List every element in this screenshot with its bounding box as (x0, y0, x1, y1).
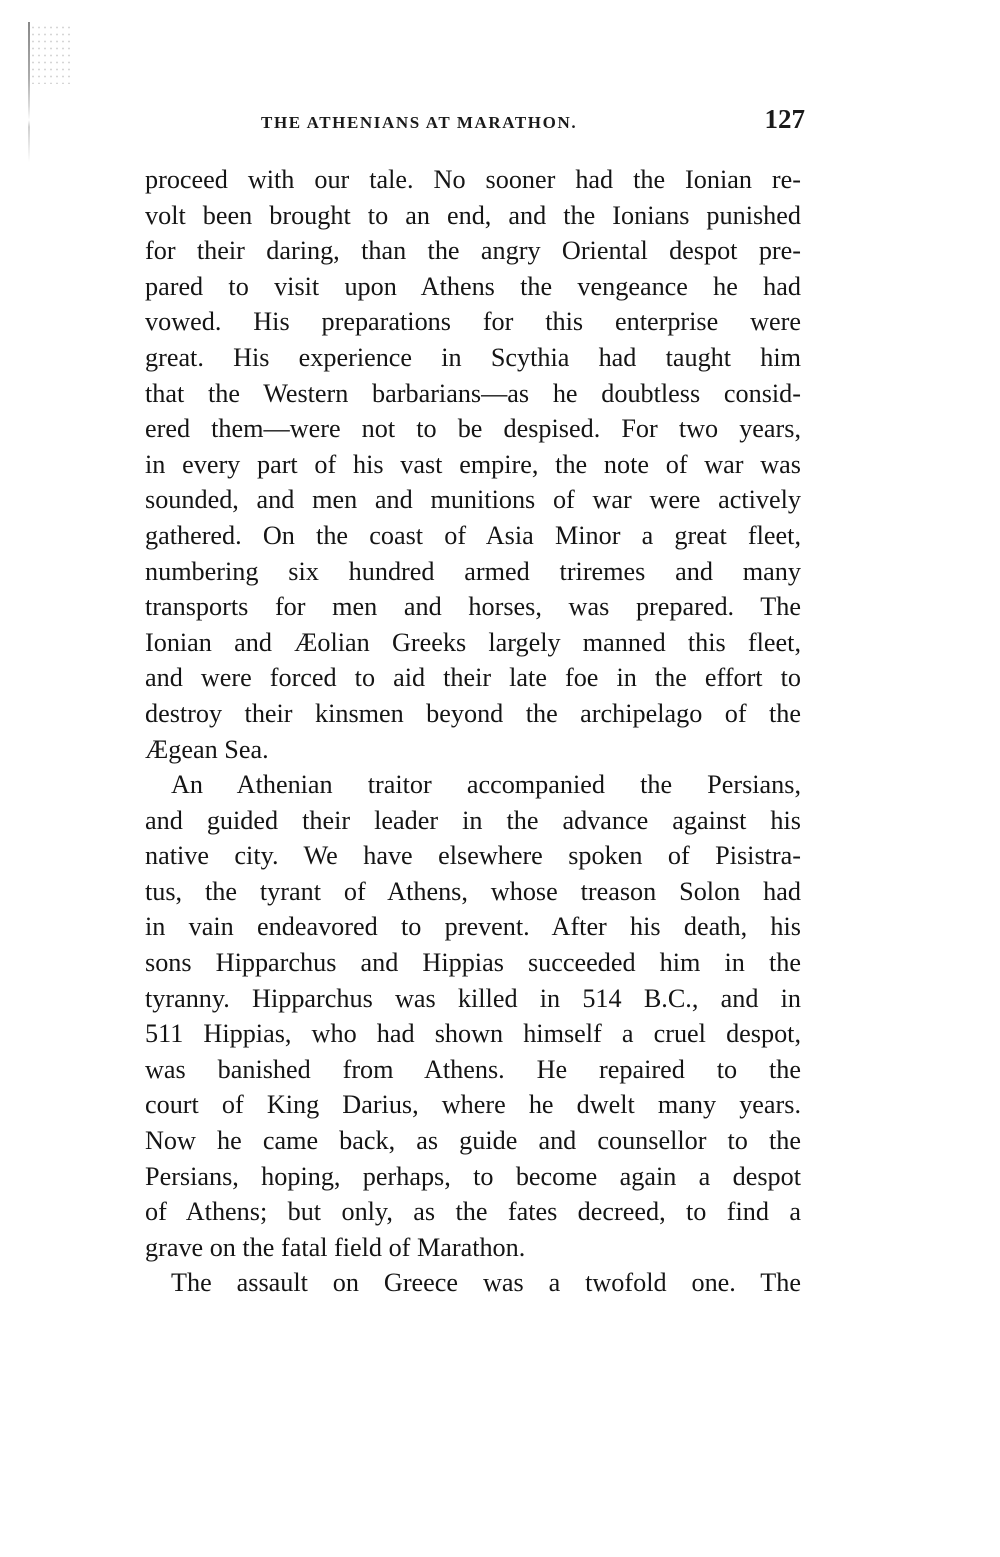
text-line: gathered. On the coast of Asia Minor a g… (145, 518, 801, 554)
text-line: proceed with our tale. No sooner had the… (145, 162, 801, 198)
text-line: transports for men and horses, was prepa… (145, 589, 801, 625)
text-line: great. His experience in Scythia had tau… (145, 340, 801, 376)
text-line: and were forced to aid their late foe in… (145, 660, 801, 696)
paragraph-start-line: An Athenian traitor accompanied the Pers… (145, 767, 801, 803)
text-line: was banished from Athens. He repaired to… (145, 1052, 801, 1088)
text-line: vowed. His preparations for this enterpr… (145, 304, 801, 340)
text-line: pared to visit upon Athens the vengeance… (145, 269, 801, 305)
running-head: THE ATHENIANS AT MARATHON. (261, 113, 577, 133)
text-line: in vain endeavored to prevent. After his… (145, 909, 801, 945)
text-line: Persians, hoping, perhaps, to become aga… (145, 1159, 801, 1195)
page-header: THE ATHENIANS AT MARATHON. 127 (145, 104, 805, 140)
text-line: native city. We have elsewhere spoken of… (145, 838, 801, 874)
text-line: and guided their leader in the advance a… (145, 803, 801, 839)
text-line: Ionian and Æolian Greeks largely manned … (145, 625, 801, 661)
scan-artifact-speckle (30, 24, 70, 84)
text-line: for their daring, than the angry Orienta… (145, 233, 801, 269)
text-line: tyranny. Hipparchus was killed in 514 B.… (145, 981, 801, 1017)
body-text: proceed with our tale. No sooner had the… (145, 162, 801, 1301)
text-line: destroy their kinsmen beyond the archipe… (145, 696, 801, 732)
text-line: volt been brought to an end, and the Ion… (145, 198, 801, 234)
text-line: Now he came back, as guide and counsello… (145, 1123, 801, 1159)
paragraph-start-line: The assault on Greece was a twofold one.… (145, 1265, 801, 1301)
text-line: tus, the tyrant of Athens, whose treason… (145, 874, 801, 910)
text-line: 511 Hippias, who had shown himself a cru… (145, 1016, 801, 1052)
text-line: sons Hipparchus and Hippias succeeded hi… (145, 945, 801, 981)
paragraph-end-line: Ægean Sea. (145, 732, 801, 768)
paragraph-end-line: grave on the fatal field of Marathon. (145, 1230, 801, 1266)
text-line: court of King Darius, where he dwelt man… (145, 1087, 801, 1123)
text-line: numbering six hundred armed triremes and… (145, 554, 801, 590)
page-number: 127 (765, 104, 806, 135)
text-line: sounded, and men and munitions of war we… (145, 482, 801, 518)
text-line: that the Western barbarians—as he doubtl… (145, 376, 801, 412)
text-line: ered them—were not to be despised. For t… (145, 411, 801, 447)
text-line: in every part of his vast empire, the no… (145, 447, 801, 483)
text-line: of Athens; but only, as the fates decree… (145, 1194, 801, 1230)
